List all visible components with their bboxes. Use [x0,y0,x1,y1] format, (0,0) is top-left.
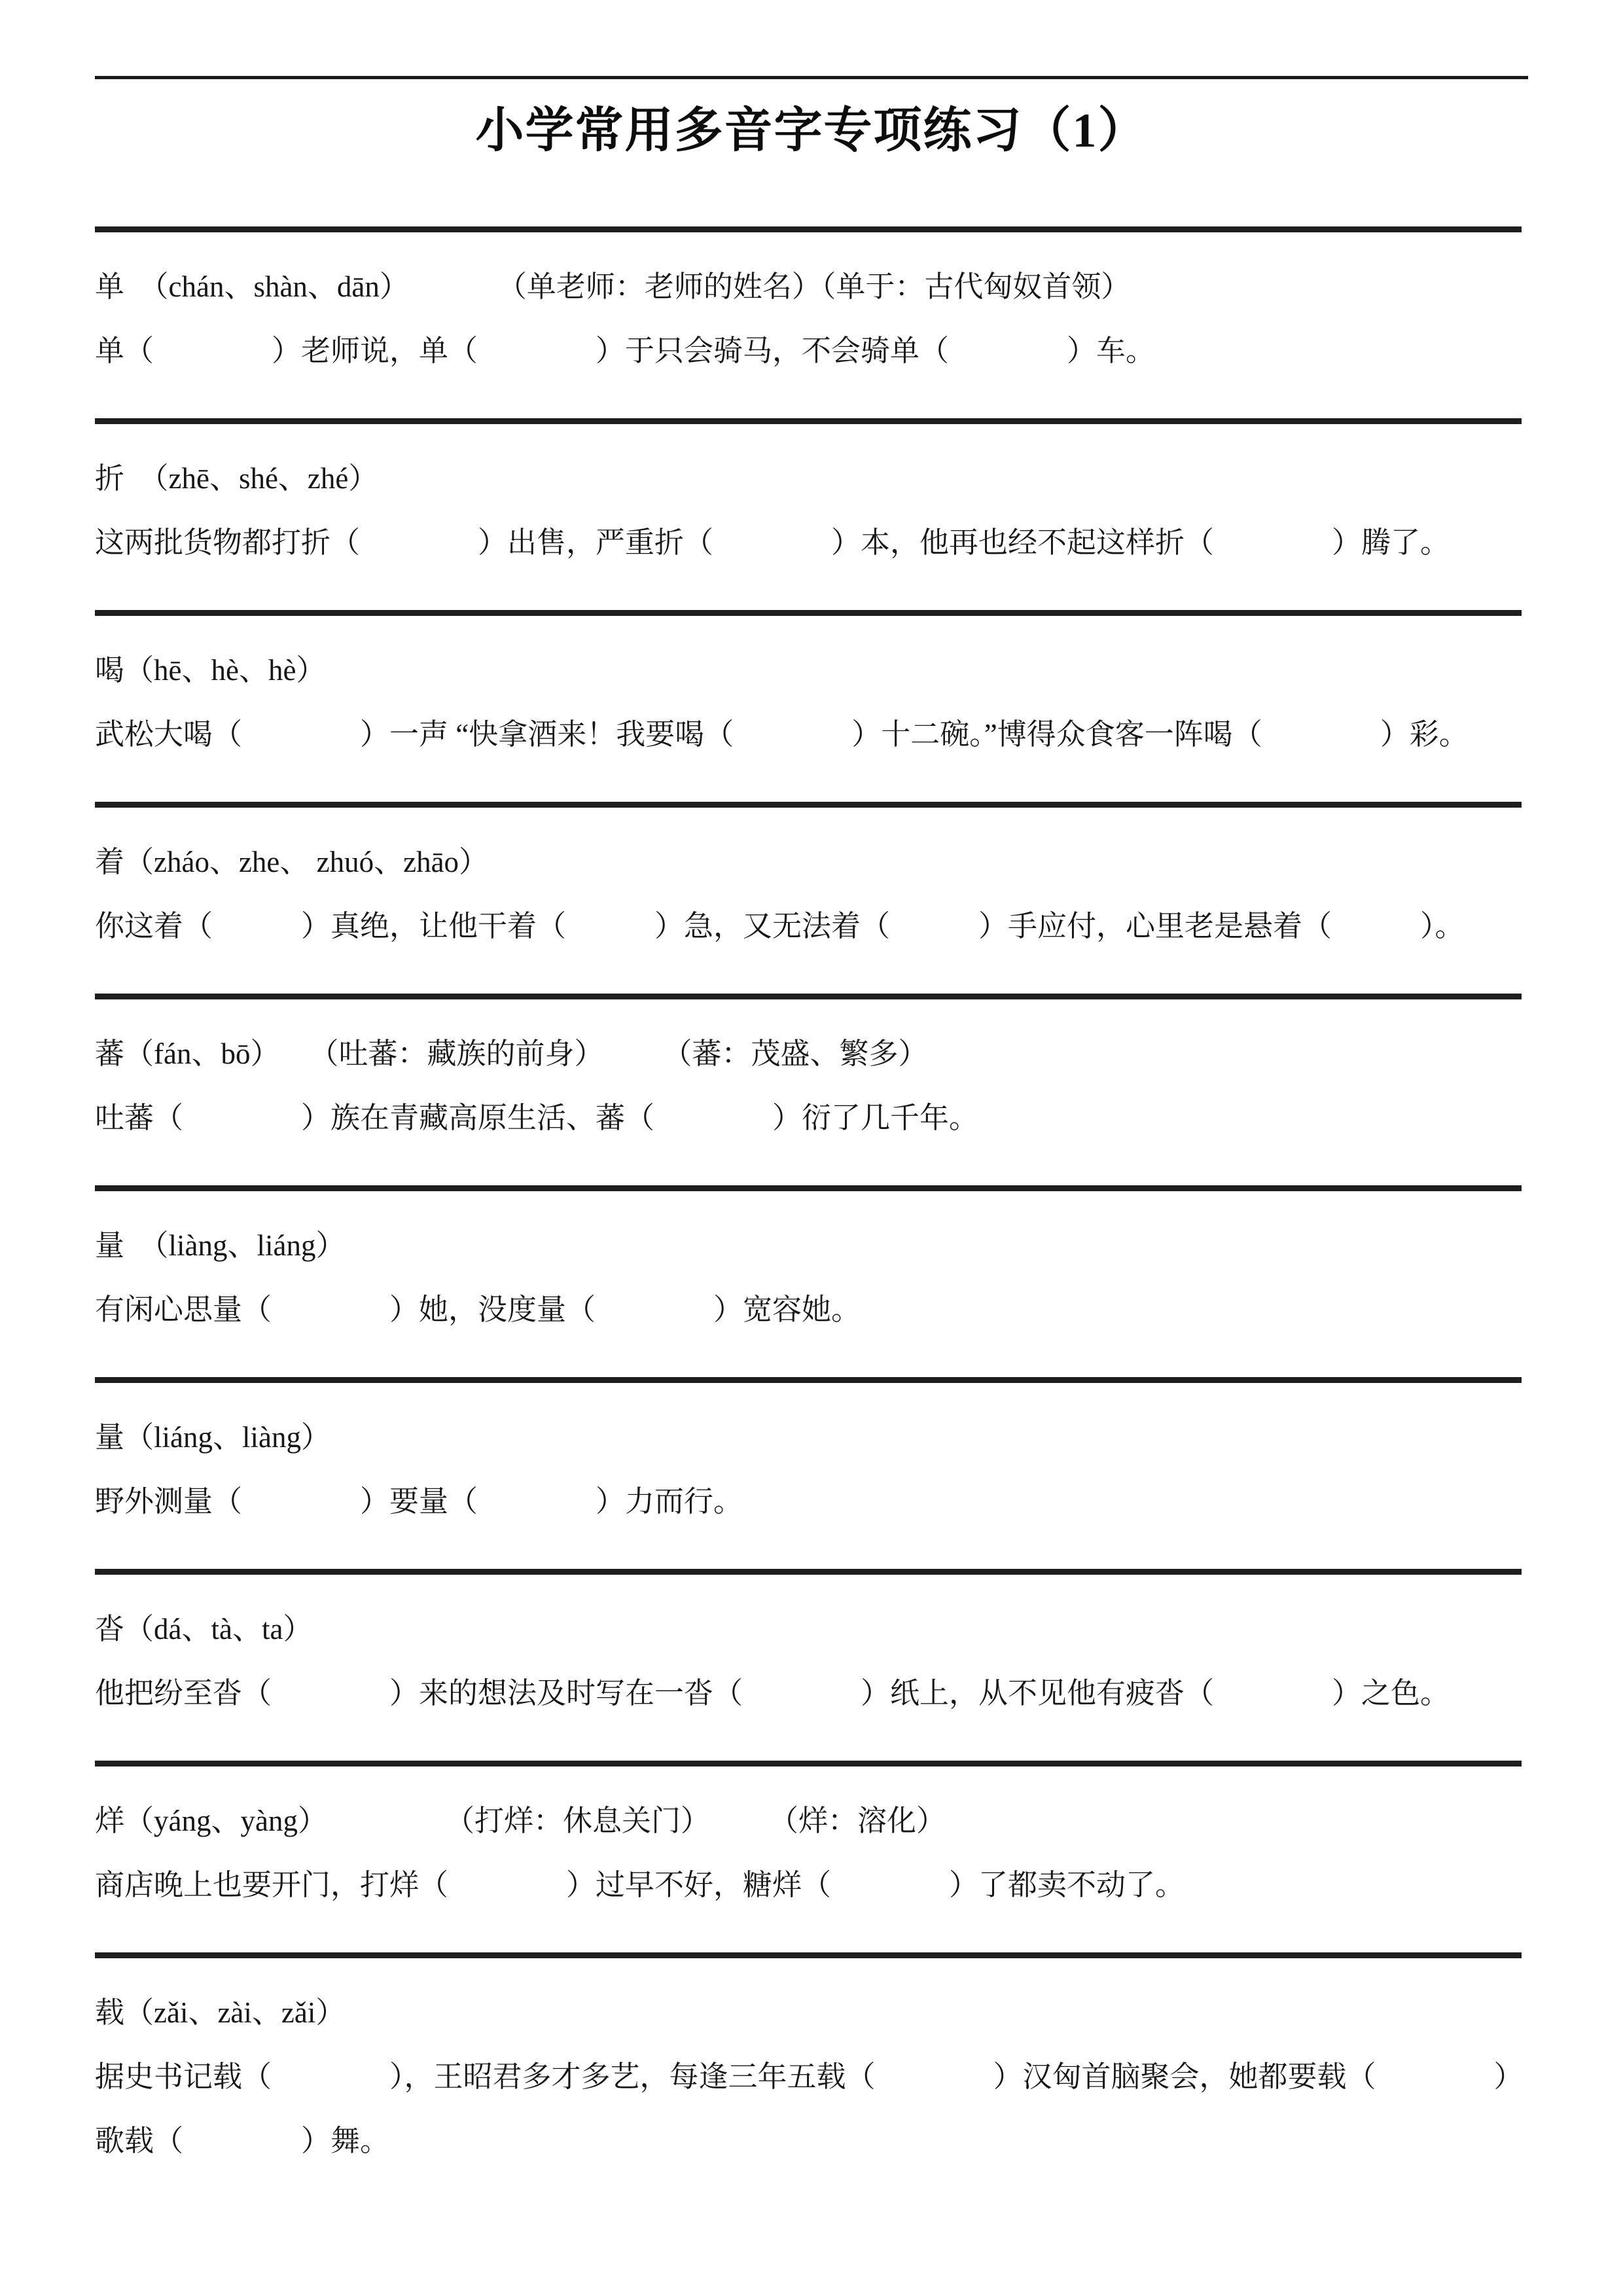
exercise-sentence: 单（ ）老师说，单（ ）于只会骑马，不会骑单（ ）车。 [95,331,1567,371]
worksheet-content: 单 （chán、shàn、dān） （单老师：老师的姓名）（单于：古代匈奴首领）… [95,226,1567,2208]
exercise-sentence: 他把纷至沓（ ）来的想法及时写在一沓（ ）纸上，从不见他有疲沓（ ）之色。 [95,1673,1567,1713]
section-heading: 量（liáng、liàng） [95,1417,1567,1458]
exercise-sentence: 武松大喝（ ）一声 “快拿酒来！我要喝（ ）十二碗。”博得众食客一阵喝（ ）彩。 [95,714,1567,755]
exercise-sentence: 野外测量（ ）要量（ ）力而行。 [95,1481,1567,1522]
section-heading: 载（zǎi、zài、zǎi） [95,1992,1567,2033]
exercise-sentence: 商店晚上也要开门，打烊（ ）过早不好，糖烊（ ）了都卖不动了。 [95,1865,1567,1905]
section-zhao: 着（zháo、zhe、 zhuó、zhāo） 你这着（ ）真绝，让他干着（ ）急… [95,802,1567,994]
section-da: 沓（dá、tà、ta） 他把纷至沓（ ）来的想法及时写在一沓（ ）纸上，从不见他… [95,1569,1567,1761]
section-divider [95,1569,1522,1575]
exercise-sentence: 这两批货物都打折（ ）出售，严重折（ ）本，他再也经不起这样折（ ）腾了。 [95,522,1567,563]
section-heading: 沓（dá、tà、ta） [95,1609,1567,1649]
exercise-sentence: 据史书记载（ ），王昭君多才多艺，每逢三年五载（ ）汉匈首脑聚会，她都要载（ ） [95,2056,1567,2097]
section-yang: 烊（yáng、yàng） （打烊：休息关门） （烊：溶化） 商店晚上也要开门，打… [95,1761,1567,1952]
exercise-sentence: 吐蕃（ ）族在青藏高原生活、蕃（ ）衍了几千年。 [95,1098,1567,1138]
top-rule [95,76,1528,79]
section-heading: 烊（yáng、yàng） （打烊：休息关门） （烊：溶化） [95,1801,1567,1841]
section-zhe: 折 （zhē、shé、zhé） 这两批货物都打折（ ）出售，严重折（ ）本，他再… [95,418,1567,610]
section-divider [95,1377,1522,1383]
section-divider [95,1761,1522,1767]
section-divider [95,610,1522,616]
exercise-sentence: 有闲心思量（ ）她，没度量（ ）宽容她。 [95,1289,1567,1330]
section-zai: 载（zǎi、zài、zǎi） 据史书记载（ ），王昭君多才多艺，每逢三年五载（ … [95,1952,1567,2208]
section-heading: 喝（hē、hè、hè） [95,650,1567,691]
exercise-sentence: 歌载（ ）舞。 [95,2121,1567,2161]
section-divider [95,802,1522,808]
section-fan: 蕃（fán、bō） （吐蕃：藏族的前身） （蕃：茂盛、繁多） 吐蕃（ ）族在青藏… [95,994,1567,1185]
section-heading: 着（zháo、zhe、 zhuó、zhāo） [95,842,1567,882]
section-divider [95,1952,1522,1958]
section-divider [95,994,1522,999]
section-divider [95,1185,1522,1191]
exercise-sentence: 你这着（ ）真绝，让他干着（ ）急，又无法着（ ）手应付，心里老是悬着（ ）。 [95,906,1567,946]
section-liang-2: 量（liáng、liàng） 野外测量（ ）要量（ ）力而行。 [95,1377,1567,1569]
worksheet-page: 小学常用多音字专项练习（1） 单 （chán、shàn、dān） （单老师：老师… [0,0,1623,2296]
section-divider [95,226,1522,232]
section-heading: 量 （liàng、liáng） [95,1225,1567,1266]
section-heading: 单 （chán、shàn、dān） （单老师：老师的姓名）（单于：古代匈奴首领） [95,266,1567,307]
section-dan: 单 （chán、shàn、dān） （单老师：老师的姓名）（单于：古代匈奴首领）… [95,226,1567,418]
section-heading: 蕃（fán、bō） （吐蕃：藏族的前身） （蕃：茂盛、繁多） [95,1033,1567,1074]
section-he: 喝（hē、hè、hè） 武松大喝（ ）一声 “快拿酒来！我要喝（ ）十二碗。”博… [95,610,1567,802]
section-liang-1: 量 （liàng、liáng） 有闲心思量（ ）她，没度量（ ）宽容她。 [95,1185,1567,1377]
section-divider [95,418,1522,424]
section-heading: 折 （zhē、shé、zhé） [95,458,1567,499]
page-title: 小学常用多音字专项练习（1） [0,99,1623,162]
